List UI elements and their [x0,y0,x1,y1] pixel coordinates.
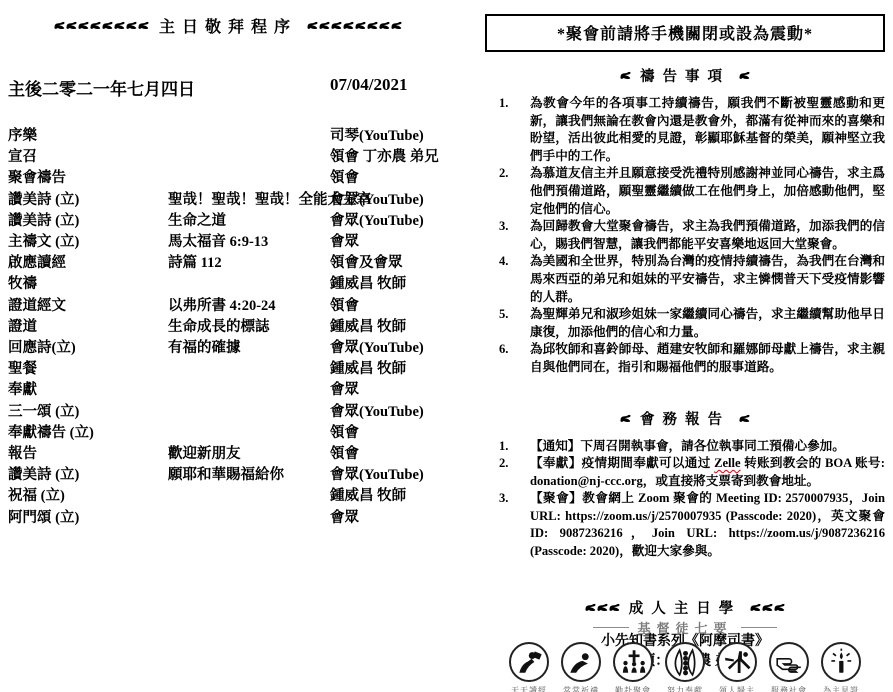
prayer-item: 5.為聖輝弟兄和淑珍姐妹一家繼續同心禱告，求主繼續幫助他早日康復，加添他們的信心… [485,306,885,341]
witness-icon [821,642,861,682]
program-row: 牧禱鍾威昌 牧師 [8,274,448,295]
program-item: 主禱文 (立) [8,232,168,253]
seven-essentials-footer: 基督徒七要 天天讀經常常祈禱勤赴聚會努力奉獻領人歸主服務社會為主見證 [500,618,870,692]
scroll-ornament-icon [126,21,137,30]
program-item: 回應詩(立) [8,338,168,359]
essential-item: 常常祈禱 [556,642,606,692]
leaf-ornament-icon [739,71,750,80]
business-section-heading: 會務報告 [485,408,885,429]
prayer-item-list: 1.為教會今年的各項事工持續禱告，願我們不斷被聖靈感動和更新，讓我們無論在教會內… [485,95,885,377]
ornament-row-left [54,21,149,30]
item-text: 為回歸教會大堂聚會禱告，求主為我們預備道路，加添我們的信心，賜我們智慧，讓我們都… [530,218,885,253]
item-text: 為美國和全世界，特別為台灣的疫情持續禱告，為我們在台灣和馬來西亞的弟兄和姐妹的平… [530,253,885,306]
item-number: 6. [499,341,530,376]
program-leader: 會眾(YouTube) [330,465,448,486]
program-leader: 會眾(YouTube) [330,190,448,211]
program-content [168,486,330,507]
item-number: 3. [499,490,530,560]
scroll-ornament-icon [78,21,89,30]
program-row: 讚美詩 (立)生命之道會眾(YouTube) [8,211,448,232]
prayer-item: 1.為教會今年的各項事工持續禱告，願我們不斷被聖靈感動和更新，讓我們無論在教會內… [485,95,885,165]
program-row: 奉獻禱告 (立)領會 [8,423,448,444]
scroll-ornament-icon [114,21,125,30]
program-content: 歡迎新朋友 [168,444,330,465]
program-leader: 司琴(YouTube) [330,126,448,147]
program-content: 詩篇 112 [168,253,330,274]
program-leader: 鍾威昌 牧師 [330,317,448,338]
scroll-ornament-icon [66,21,77,30]
ornament-row-left [585,603,620,612]
program-leader: 會眾(YouTube) [330,402,448,423]
scroll-ornament-icon [54,21,65,30]
program-item: 讚美詩 (立) [8,465,168,486]
worship-program-column: 主日敬拜程序 主後二零二一年七月四日 07/04/2021 序樂司琴(YouTu… [8,10,448,529]
program-row: 證道經文以弗所書 4:20-24領會 [8,296,448,317]
leaf-ornament-icon [739,414,750,423]
essential-item: 為主見證 [816,642,866,692]
seven-essentials-icons: 天天讀經常常祈禱勤赴聚會努力奉獻領人歸主服務社會為主見證 [500,642,870,692]
prayer-item: 3.為回歸教會大堂聚會禱告，求主為我們預備道路，加添我們的信心，賜我們智慧，讓我… [485,218,885,253]
program-content: 以弗所書 4:20-24 [168,296,330,317]
prayer-item: 4.為美國和全世界，特別為台灣的疫情持續禱告，為我們在台灣和馬來西亞的弟兄和姐妹… [485,253,885,306]
program-row: 宣召領會 丁亦農 弟兄 [8,147,448,168]
program-leader: 領會 [330,444,448,465]
essential-label: 努力奉獻 [667,685,703,692]
program-item: 阿門頌 (立) [8,508,168,529]
item-number: 1. [499,95,530,165]
program-leader: 鍾威昌 牧師 [330,359,448,380]
item-number: 1. [499,438,530,456]
date-english: 07/04/2021 [330,75,448,100]
scroll-ornament-icon [391,21,402,30]
program-item: 奉獻禱告 (立) [8,423,168,444]
program-leader: 會眾 [330,508,448,529]
item-text-segment: 【通知】下周召開執事會，請各位執事同工預備心參加。 [530,439,845,453]
sunday-school-heading: 成人主日學 [485,597,885,618]
serve-society-icon [769,642,809,682]
scroll-ornament-icon [355,21,366,30]
scroll-ornament-icon [750,603,761,612]
prayer-heading-text: 禱告事項 [640,65,730,86]
program-item: 祝福 (立) [8,486,168,507]
item-text-segment: 【聚會】教會網上 Zoom 聚會的 Meeting ID: 2570007935… [530,491,885,558]
program-item: 證道 [8,317,168,338]
scroll-ornament-icon [367,21,378,30]
phone-notice-text: *聚會前請將手機關閉或設為震動* [557,26,813,43]
program-content [168,274,330,295]
program-content [168,168,330,189]
item-number: 3. [499,218,530,253]
program-row: 奉獻會眾 [8,380,448,401]
item-text: 為教會今年的各項事工持續禱告，願我們不斷被聖靈感動和更新，讓我們無論在教會內還是… [530,95,885,165]
scroll-ornament-icon [597,603,608,612]
scroll-ornament-icon [138,21,149,30]
program-content: 聖哉！聖哉！聖哉！全能大主宰 [168,190,330,211]
program-item: 聚會禱告 [8,168,168,189]
essential-item: 勤赴聚會 [608,642,658,692]
program-leader: 領會 [330,423,448,444]
program-leader: 鍾威昌 牧師 [330,274,448,295]
essential-item: 努力奉獻 [660,642,710,692]
program-item: 啟應讀經 [8,253,168,274]
program-row: 祝福 (立)鍾威昌 牧師 [8,486,448,507]
program-leader: 會眾 [330,380,448,401]
program-content [168,126,330,147]
scroll-ornament-icon [585,603,596,612]
date-row: 主後二零二一年七月四日 07/04/2021 [8,75,448,100]
program-content: 馬太福音 6:9-13 [168,232,330,253]
item-number: 2. [499,455,530,490]
phone-notice-box: *聚會前請將手機關閉或設為震動* [485,14,885,52]
essential-label: 服務社會 [771,685,807,692]
sunday-school-heading-text: 成人主日學 [629,597,742,618]
program-row: 啟應讀經詩篇 112領會及會眾 [8,253,448,274]
scroll-ornament-icon [379,21,390,30]
program-row: 讚美詩 (立)願耶和華賜福給你會眾(YouTube) [8,465,448,486]
item-text: 【通知】下周召開執事會，請各位執事同工預備心參加。 [530,438,885,456]
business-heading-text: 會務報告 [640,408,730,429]
announcement-item: 3.【聚會】教會網上 Zoom 聚會的 Meeting ID: 25700079… [485,490,885,560]
program-table: 序樂司琴(YouTube)宣召領會 丁亦農 弟兄聚會禱告領會讚美詩 (立)聖哉！… [8,126,448,529]
date-chinese: 主後二零二一年七月四日 [8,75,330,100]
program-content: 有福的確據 [168,338,330,359]
scroll-ornament-icon [343,21,354,30]
item-number: 5. [499,306,530,341]
item-text-segment: 【奉獻】疫情期間奉獻可以通过 [530,456,714,470]
leaf-ornament-icon [620,414,631,423]
essential-label: 天天讀經 [511,685,547,692]
read-bible-icon [509,642,549,682]
program-leader: 會眾(YouTube) [330,338,448,359]
offering-icon [665,642,705,682]
program-row: 證道生命成長的標誌鍾威昌 牧師 [8,317,448,338]
program-row: 序樂司琴(YouTube) [8,126,448,147]
announcement-item: 1.【通知】下周召開執事會，請各位執事同工預備心參加。 [485,438,885,456]
prayer-section-heading: 禱告事項 [485,65,885,86]
program-leader: 領會 [330,168,448,189]
ornament-row-right [307,21,402,30]
item-text: 為聖輝弟兄和淑珍姐妹一家繼續同心禱告，求主繼續幫助他早日康復，加添他們的信心和力… [530,306,885,341]
program-content: 生命成長的標誌 [168,317,330,338]
scroll-ornament-icon [762,603,773,612]
program-content [168,402,330,423]
program-item: 讚美詩 (立) [8,211,168,232]
worship-program-header: 主日敬拜程序 [8,14,448,37]
program-item: 奉獻 [8,380,168,401]
program-leader: 鍾威昌 牧師 [330,486,448,507]
scroll-ornament-icon [774,603,785,612]
seven-essentials-heading: 基督徒七要 [500,618,870,637]
program-row: 聚會禱告領會 [8,168,448,189]
essential-label: 勤赴聚會 [615,685,651,692]
attend-meeting-icon [613,642,653,682]
program-leader: 領會 丁亦農 弟兄 [330,147,448,168]
ornament-row-right [750,603,785,612]
program-row: 阿門頌 (立)會眾 [8,508,448,529]
program-content [168,359,330,380]
program-item: 牧禱 [8,274,168,295]
scroll-ornament-icon [331,21,342,30]
program-row: 回應詩(立)有福的確據會眾(YouTube) [8,338,448,359]
program-leader: 領會及會眾 [330,253,448,274]
essential-item: 服務社會 [764,642,814,692]
scroll-ornament-icon [609,603,620,612]
spellcheck-flagged-word: Zelle [714,456,741,470]
program-item: 證道經文 [8,296,168,317]
item-number: 4. [499,253,530,306]
announcement-item: 2.【奉獻】疫情期間奉獻可以通过 Zelle 转账到教会的 BOA 账号: do… [485,455,885,490]
program-row: 聖餐鍾威昌 牧師 [8,359,448,380]
prayer-item: 6.為邱牧師和喜鈴師母、趙建安牧師和羅娜師母獻上禱告，求主親自與他們同在，指引和… [485,341,885,376]
essential-item: 天天讀經 [504,642,554,692]
program-item: 宣召 [8,147,168,168]
item-text: 【聚會】教會網上 Zoom 聚會的 Meeting ID: 2570007935… [530,490,885,560]
program-content: 願耶和華賜福給你 [168,465,330,486]
leaf-ornament-icon [620,71,631,80]
program-content [168,423,330,444]
program-content [168,508,330,529]
lead-to-christ-icon [717,642,757,682]
essential-item: 領人歸主 [712,642,762,692]
program-item: 三一頌 (立) [8,402,168,423]
program-content [168,380,330,401]
program-row: 三一頌 (立)會眾(YouTube) [8,402,448,423]
program-row: 報告歡迎新朋友領會 [8,444,448,465]
prayer-item: 2.為慕道友信主并且願意接受洗禮特別感謝神並同心禱告，求主爲他們預備道路，願聖靈… [485,165,885,218]
scroll-ornament-icon [90,21,101,30]
announcement-column: *聚會前請將手機關閉或設為震動* 禱告事項 1.為教會今年的各項事工持續禱告，願… [485,14,885,670]
program-row: 主禱文 (立)馬太福音 6:9-13會眾 [8,232,448,253]
essential-label: 領人歸主 [719,685,755,692]
program-item: 序樂 [8,126,168,147]
program-content [168,147,330,168]
program-leader: 領會 [330,296,448,317]
program-row: 讚美詩 (立)聖哉！聖哉！聖哉！全能大主宰會眾(YouTube) [8,190,448,211]
item-number: 2. [499,165,530,218]
item-text: 為邱牧師和喜鈴師母、趙建安牧師和羅娜師母獻上禱告，求主親自與他們同在，指引和賜福… [530,341,885,376]
essential-label: 常常祈禱 [563,685,599,692]
pray-icon [561,642,601,682]
item-text: 為慕道友信主并且願意接受洗禮特別感謝神並同心禱告，求主爲他們預備道路，願聖靈繼續… [530,165,885,218]
program-item: 讚美詩 (立) [8,190,168,211]
essential-label: 為主見證 [823,685,859,692]
scroll-ornament-icon [102,21,113,30]
item-text: 【奉獻】疫情期間奉獻可以通过 Zelle 转账到教会的 BOA 账号: dona… [530,455,885,490]
program-leader: 會眾(YouTube) [330,211,448,232]
program-item: 聖餐 [8,359,168,380]
program-item: 報告 [8,444,168,465]
program-content: 生命之道 [168,211,330,232]
announcement-item-list: 1.【通知】下周召開執事會，請各位執事同工預備心參加。2.【奉獻】疫情期間奉獻可… [485,438,885,561]
program-leader: 會眾 [330,232,448,253]
scroll-ornament-icon [307,21,318,30]
page-title: 主日敬拜程序 [159,14,297,37]
scroll-ornament-icon [319,21,330,30]
